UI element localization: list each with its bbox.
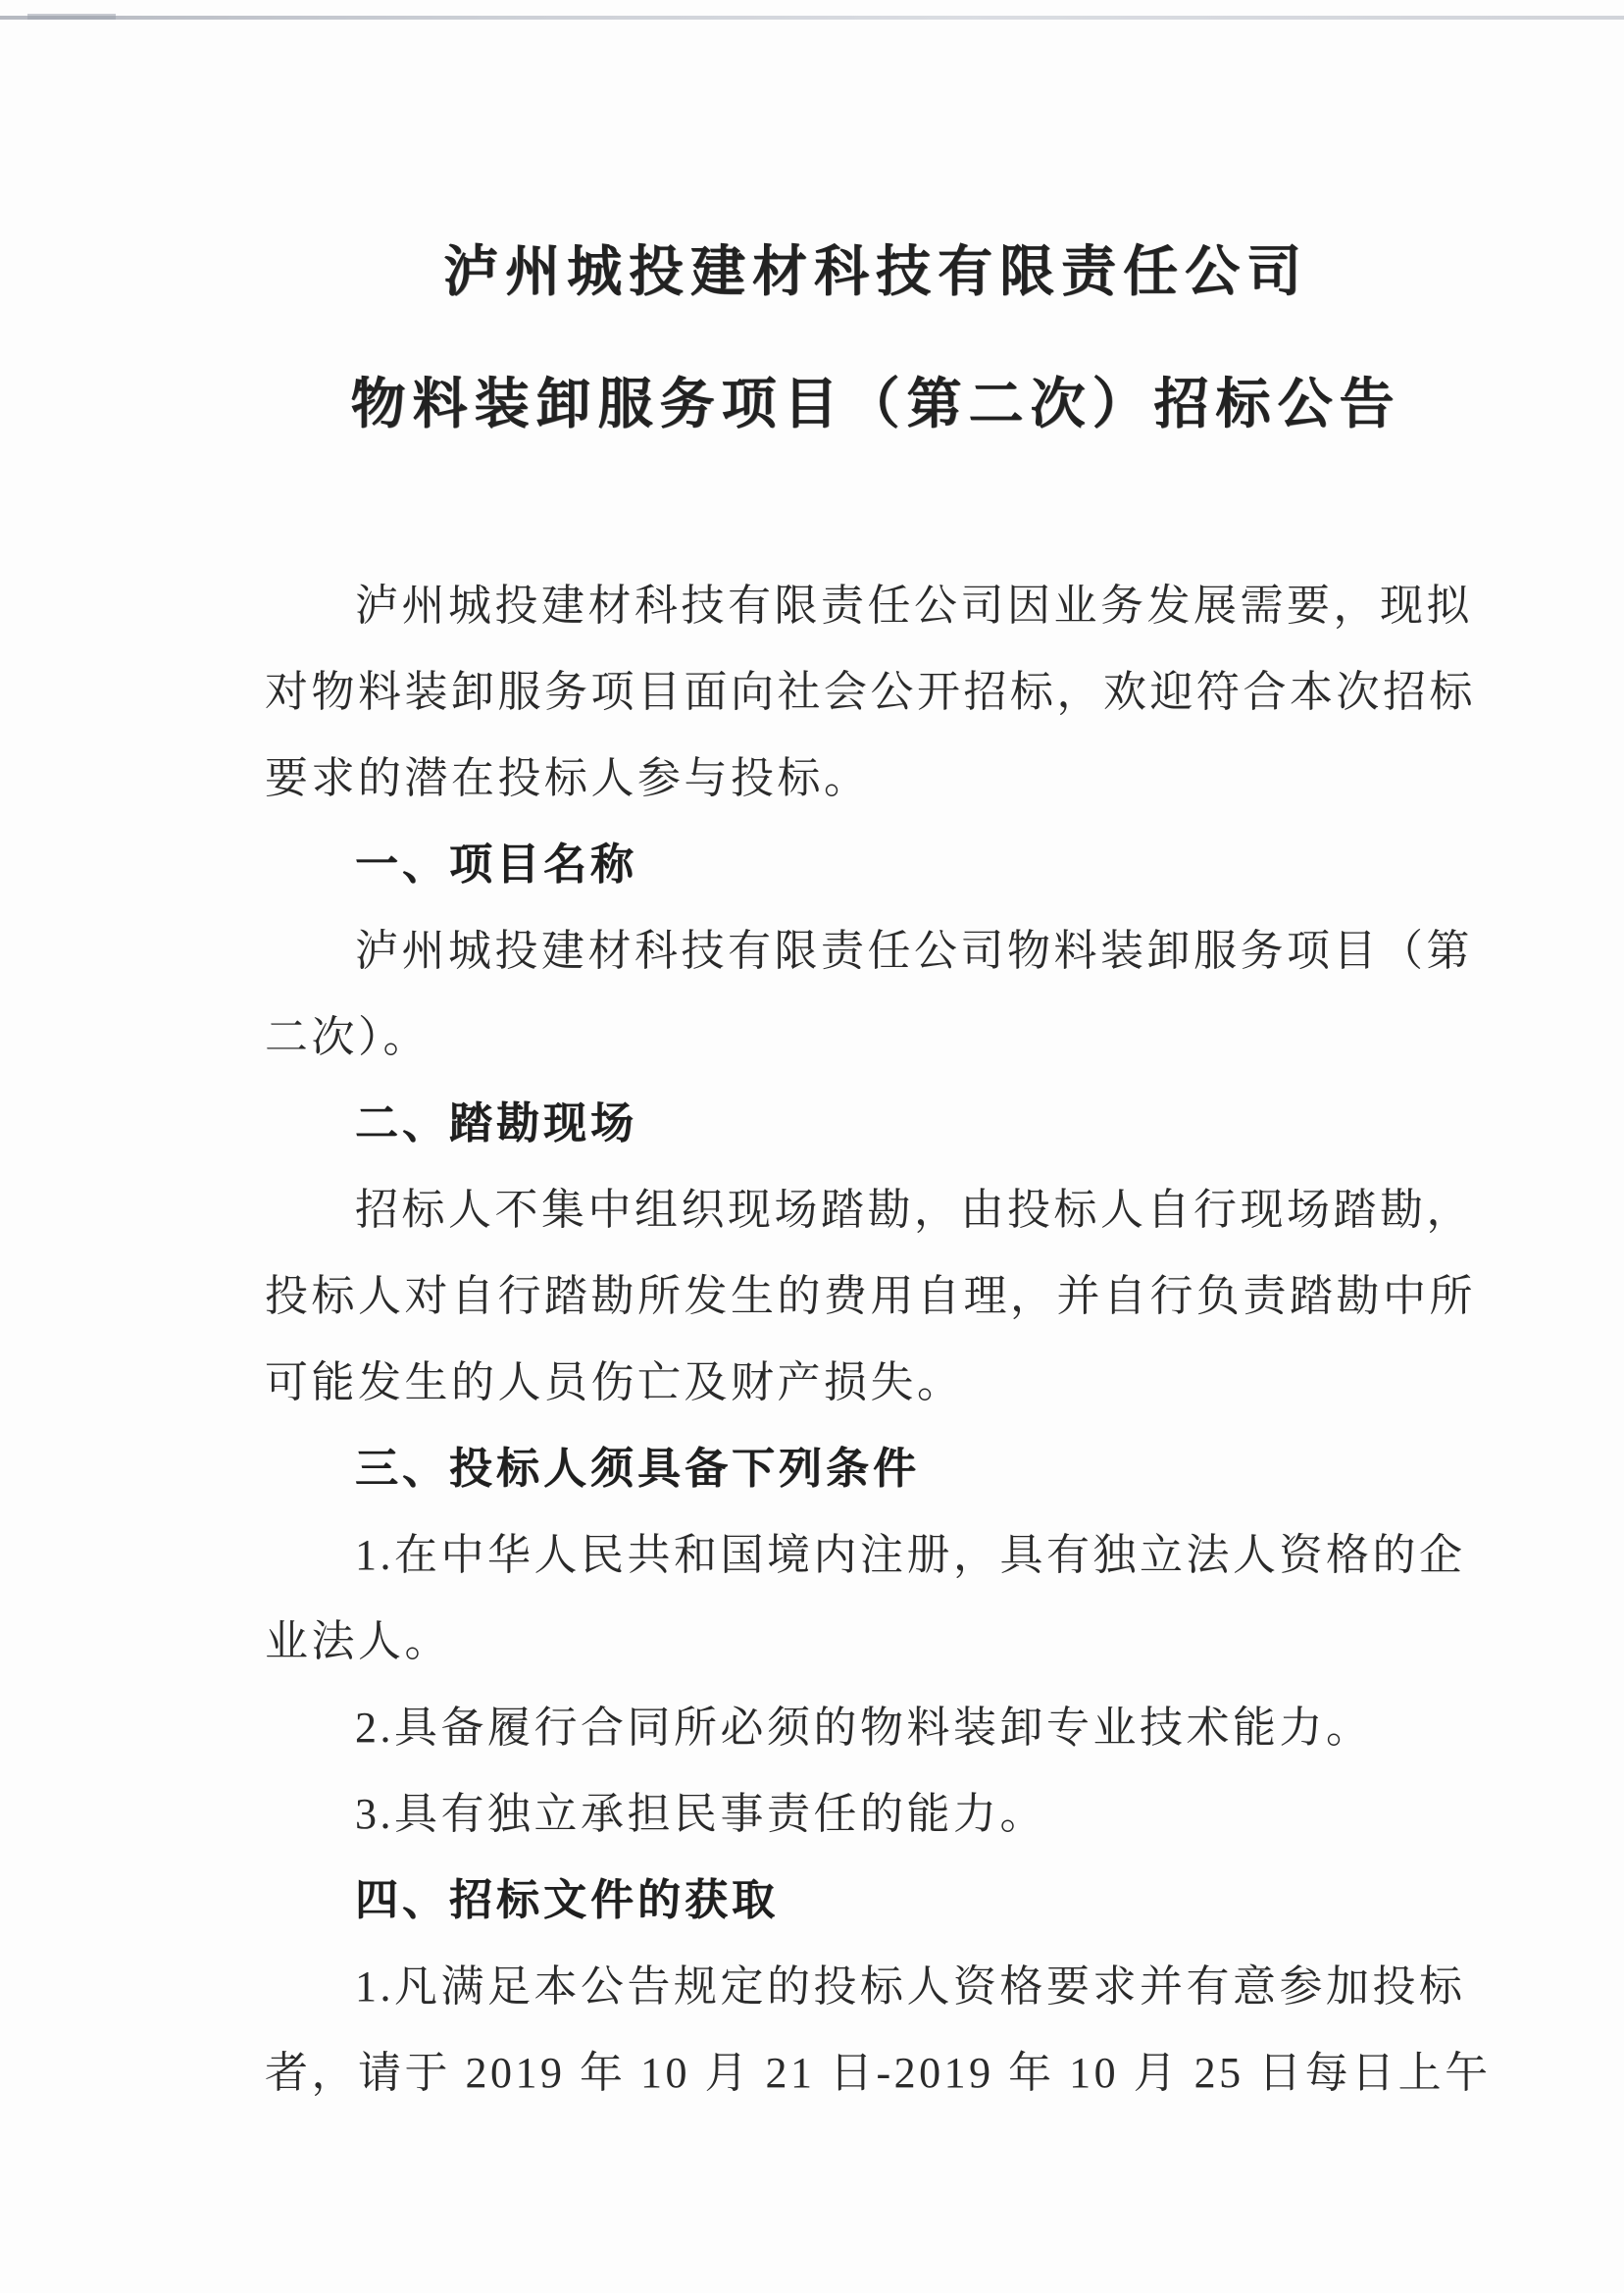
document-body: 泸州城投建材科技有限责任公司因业务发展需要，现拟 对物料装卸服务项目面向社会公开…: [265, 563, 1451, 2116]
title-spacer: [127, 312, 1624, 366]
section-project-name-line: 泸州城投建材科技有限责任公司物料装卸服务项目（第: [265, 908, 1451, 994]
section-obtain-documents-line: 者，请于 2019 年 10 月 21 日-2019 年 10 月 25 日每日…: [265, 2030, 1451, 2116]
section-bidder-qualifications-line: 3.具有独立承担民事责任的能力。: [265, 1771, 1451, 1858]
scan-edge-artifact: [0, 16, 1624, 20]
section-heading-site-survey: 二、踏勘现场: [265, 1081, 1451, 1167]
intro-paragraph-line: 对物料装卸服务项目面向社会公开招标，欢迎符合本次招标: [265, 649, 1451, 736]
scan-edge-artifact-left: [27, 14, 116, 20]
section-bidder-qualifications-line: 2.具备履行合同所必须的物料装卸专业技术能力。: [265, 1685, 1451, 1771]
section-heading-obtain-documents: 四、招标文件的获取: [265, 1858, 1451, 1944]
section-heading-project-name: 一、项目名称: [265, 822, 1451, 908]
section-obtain-documents-line: 1.凡满足本公告规定的投标人资格要求并有意参加投标: [265, 1944, 1451, 2030]
section-site-survey-line: 招标人不集中组织现场踏勘，由投标人自行现场踏勘，: [265, 1167, 1451, 1253]
document-title-line-2: 物料装卸服务项目（第二次）招标公告: [127, 366, 1624, 444]
scanned-document-page: 泸州城投建材科技有限责任公司 物料装卸服务项目（第二次）招标公告 泸州城投建材科…: [0, 0, 1624, 2293]
document-title: 泸州城投建材科技有限责任公司 物料装卸服务项目（第二次）招标公告: [0, 233, 1624, 444]
intro-paragraph-line: 泸州城投建材科技有限责任公司因业务发展需要，现拟: [265, 563, 1451, 649]
section-bidder-qualifications-line: 1.在中华人民共和国境内注册，具有独立法人资格的企: [265, 1512, 1451, 1599]
section-heading-bidder-qualifications: 三、投标人须具备下列条件: [265, 1426, 1451, 1512]
section-site-survey-line: 可能发生的人员伤亡及财产损失。: [265, 1340, 1451, 1426]
section-project-name-line: 二次）。: [265, 994, 1451, 1081]
intro-paragraph-line: 要求的潜在投标人参与投标。: [265, 736, 1451, 822]
section-bidder-qualifications-line: 业法人。: [265, 1599, 1451, 1685]
document-title-line-1: 泸州城投建材科技有限责任公司: [127, 233, 1624, 312]
section-site-survey-line: 投标人对自行踏勘所发生的费用自理，并自行负责踏勘中所: [265, 1253, 1451, 1340]
